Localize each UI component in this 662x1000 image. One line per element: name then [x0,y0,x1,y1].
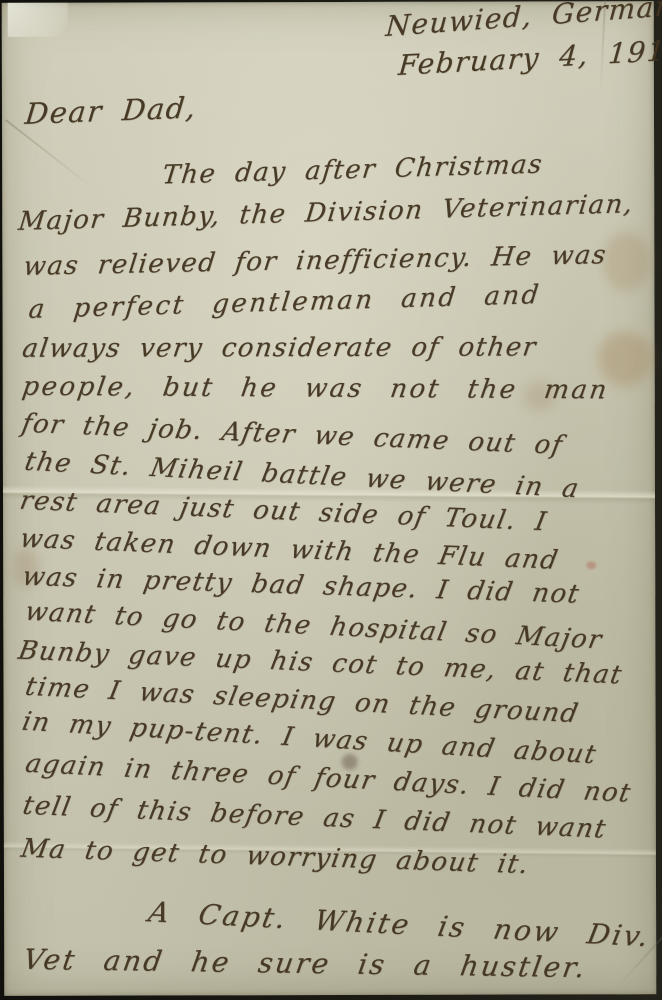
paper-corner-highlight [8,3,68,37]
letter-line: was relieved for inefficiency. He was [22,240,609,282]
letter-line: Major Bunby, the Division Veterinarian, [17,189,635,237]
heading-date: February 4, 1919 [397,33,662,82]
letter-line: A Capt. White is now Div. [146,895,654,953]
letter-line: a perfect gentleman and and [27,280,542,325]
letter-line: Ma to get to worrying about it. [19,834,532,880]
letter-line: Vet and he sure is a hustler. [21,943,590,984]
paper-stain [602,231,650,291]
letter-photo: Neuwied, Germany February 4, 1919 Dear D… [0,0,662,1000]
letter-line: people, but he was not the man [20,372,611,406]
letter-line: always very considerate of other [20,332,538,363]
paper-stain [586,561,596,569]
salutation: Dear Dad, [23,90,198,131]
letter-line: The day after Christmas [161,149,545,190]
letter-page: Neuwied, Germany February 4, 1919 Dear D… [2,1,657,996]
